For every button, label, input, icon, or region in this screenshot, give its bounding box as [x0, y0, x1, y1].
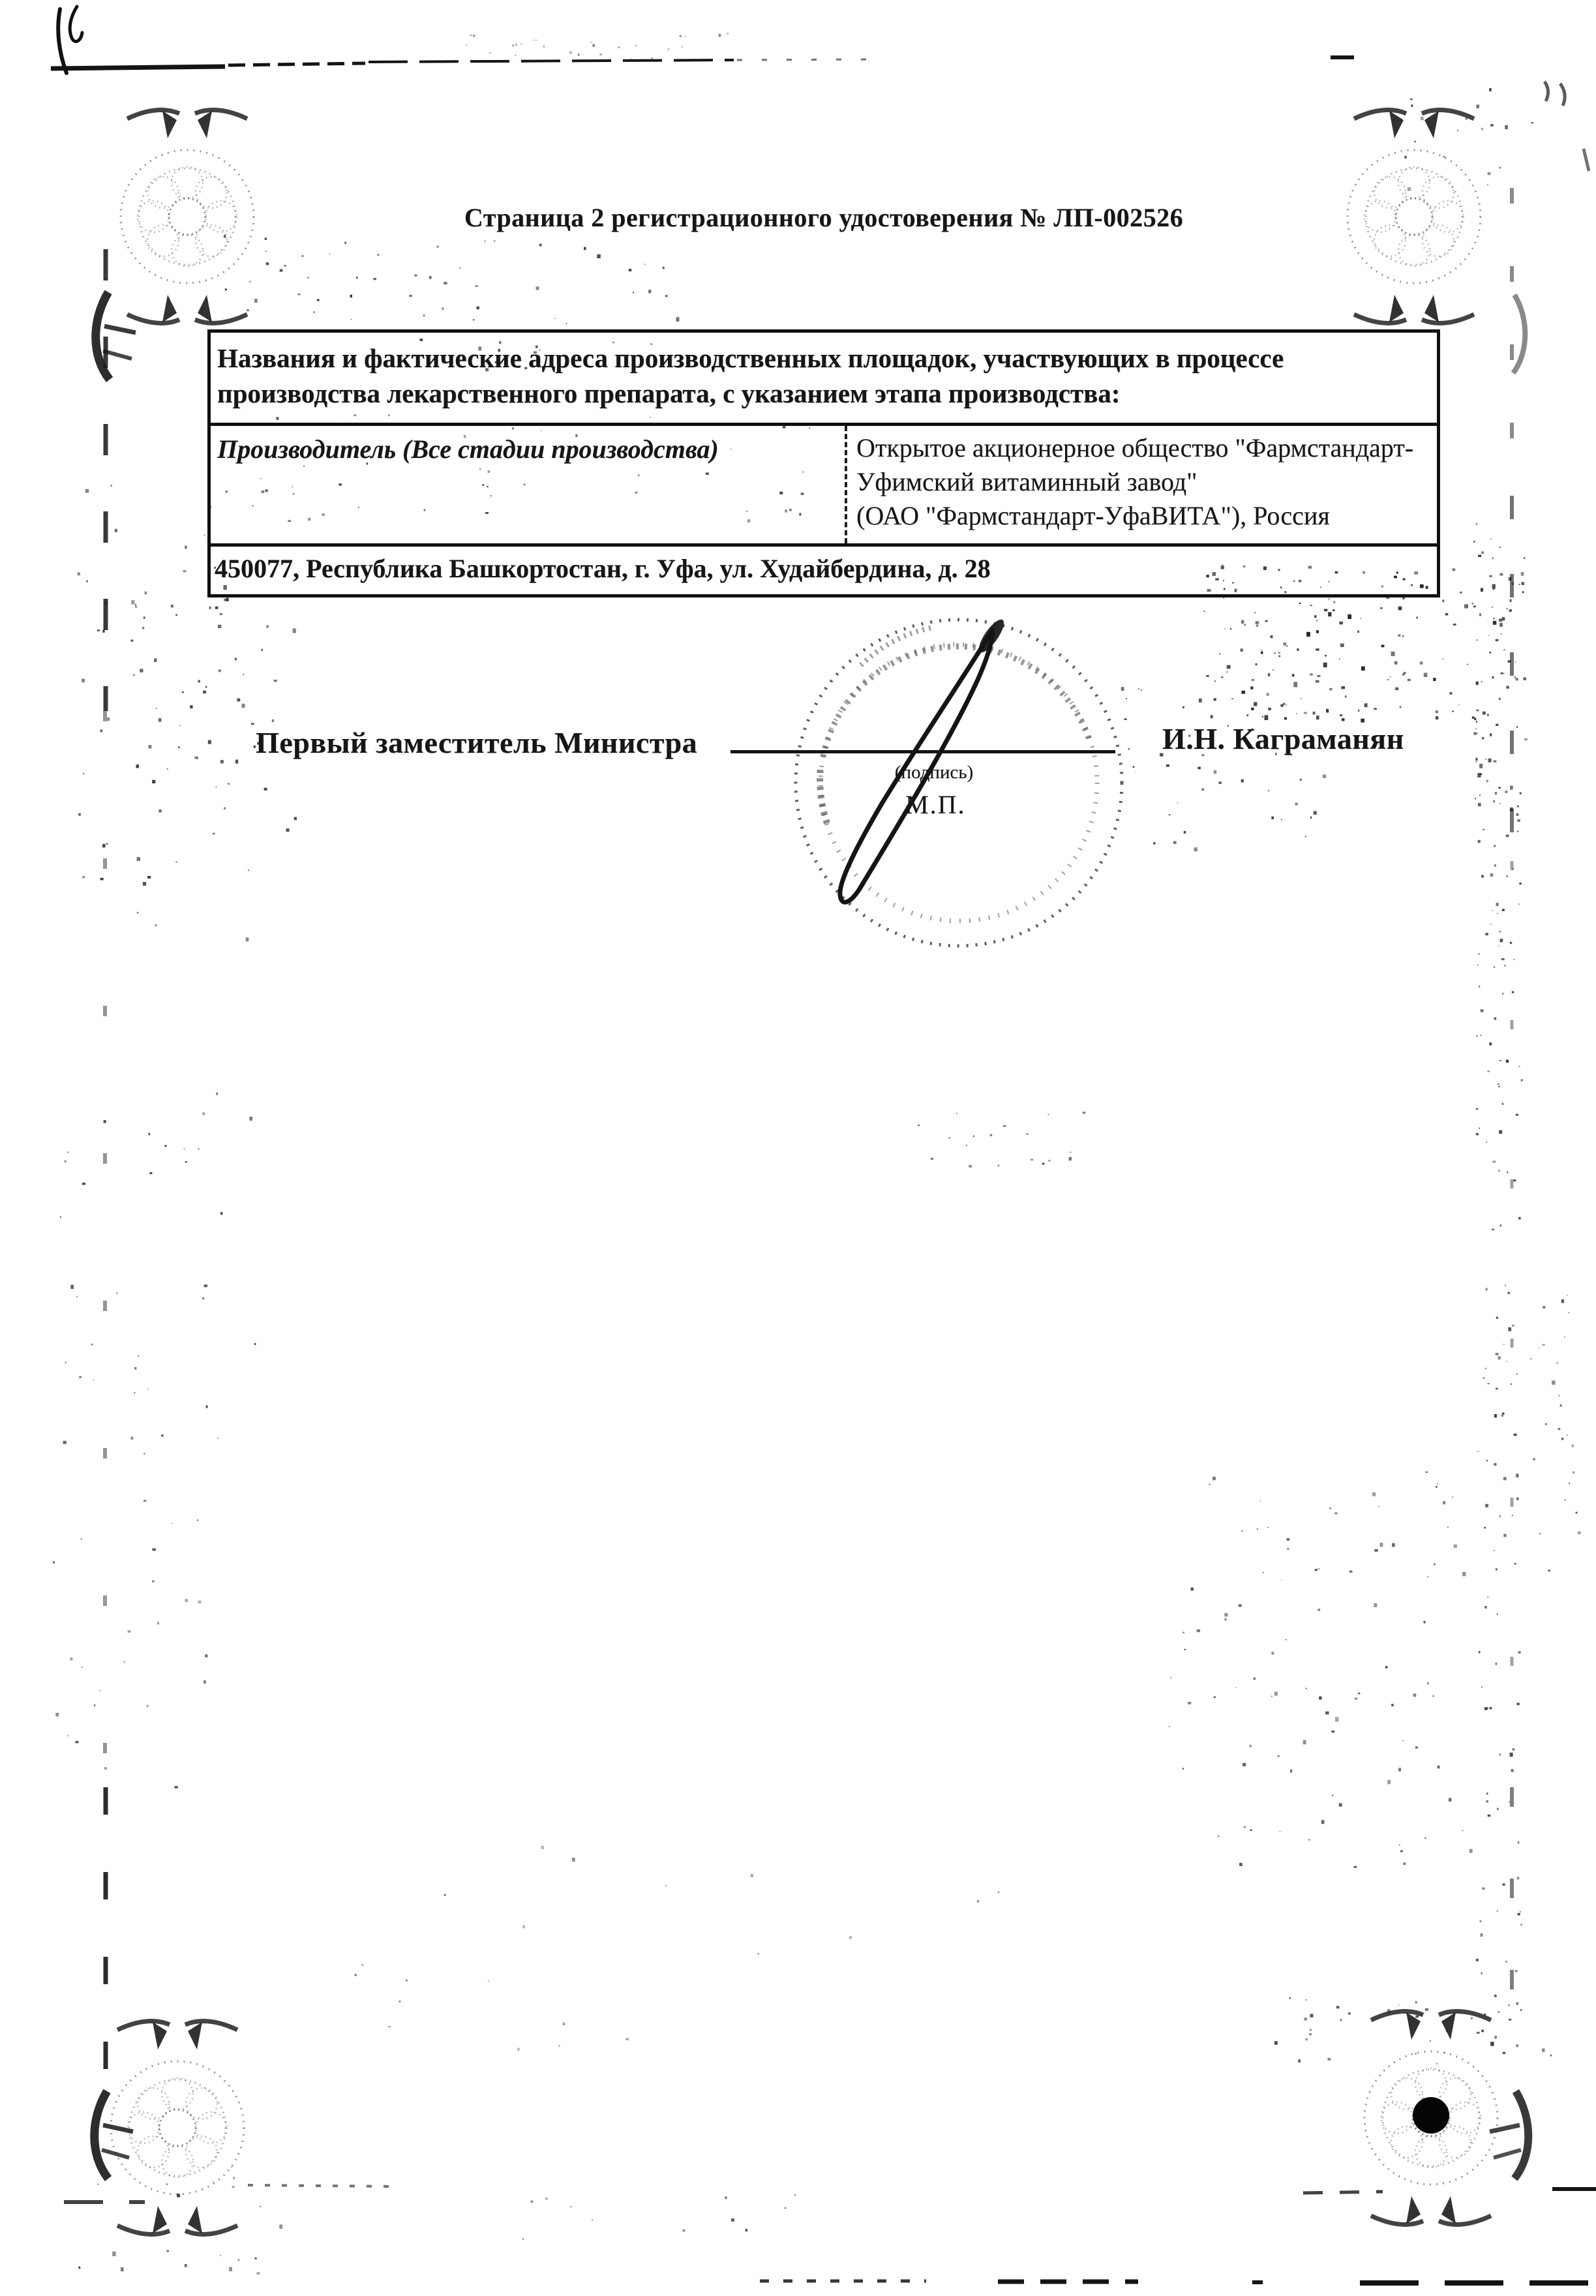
signature-line: [730, 750, 1115, 753]
producer-address-cell: 450077, Республика Башкортостан, г. Уфа,…: [211, 547, 1437, 594]
signature-stroke: [840, 616, 1008, 902]
table-row-producer: Производитель (Все стадии производства) …: [211, 426, 1437, 547]
table-header-cell: Названия и фактические адреса производст…: [211, 333, 1437, 426]
bottom-broken-line: [64, 2185, 1596, 2283]
producer-role-cell: Производитель (Все стадии производства): [211, 426, 845, 543]
corner-rosette-bottom-left: [111, 2021, 244, 2235]
corner-rosette-bottom-right: [1364, 2012, 1498, 2225]
handwritten-pen-mark: [58, 7, 82, 73]
top-right-corner-marks: [1544, 82, 1589, 171]
signature-caption: (подпись): [869, 762, 999, 783]
seal-placeholder-label: М.П.: [905, 789, 965, 820]
production-sites-table: Названия и фактические адреса производст…: [207, 329, 1440, 597]
signer-title: Первый заместитель Министра: [256, 725, 697, 760]
signer-name: И.Н. Каграманян: [1162, 721, 1404, 756]
top-broken-line: [51, 57, 1354, 68]
hole-punch-mark: [1413, 2097, 1449, 2134]
producer-name-cell: Открытое акционерное общество "Фармстанд…: [845, 426, 1437, 543]
page-header: Страница 2 регистрационного удостоверени…: [207, 202, 1440, 233]
left-dashed-border: [105, 249, 106, 2073]
certificate-page: Страница 2 регистрационного удостоверени…: [0, 0, 1596, 2296]
